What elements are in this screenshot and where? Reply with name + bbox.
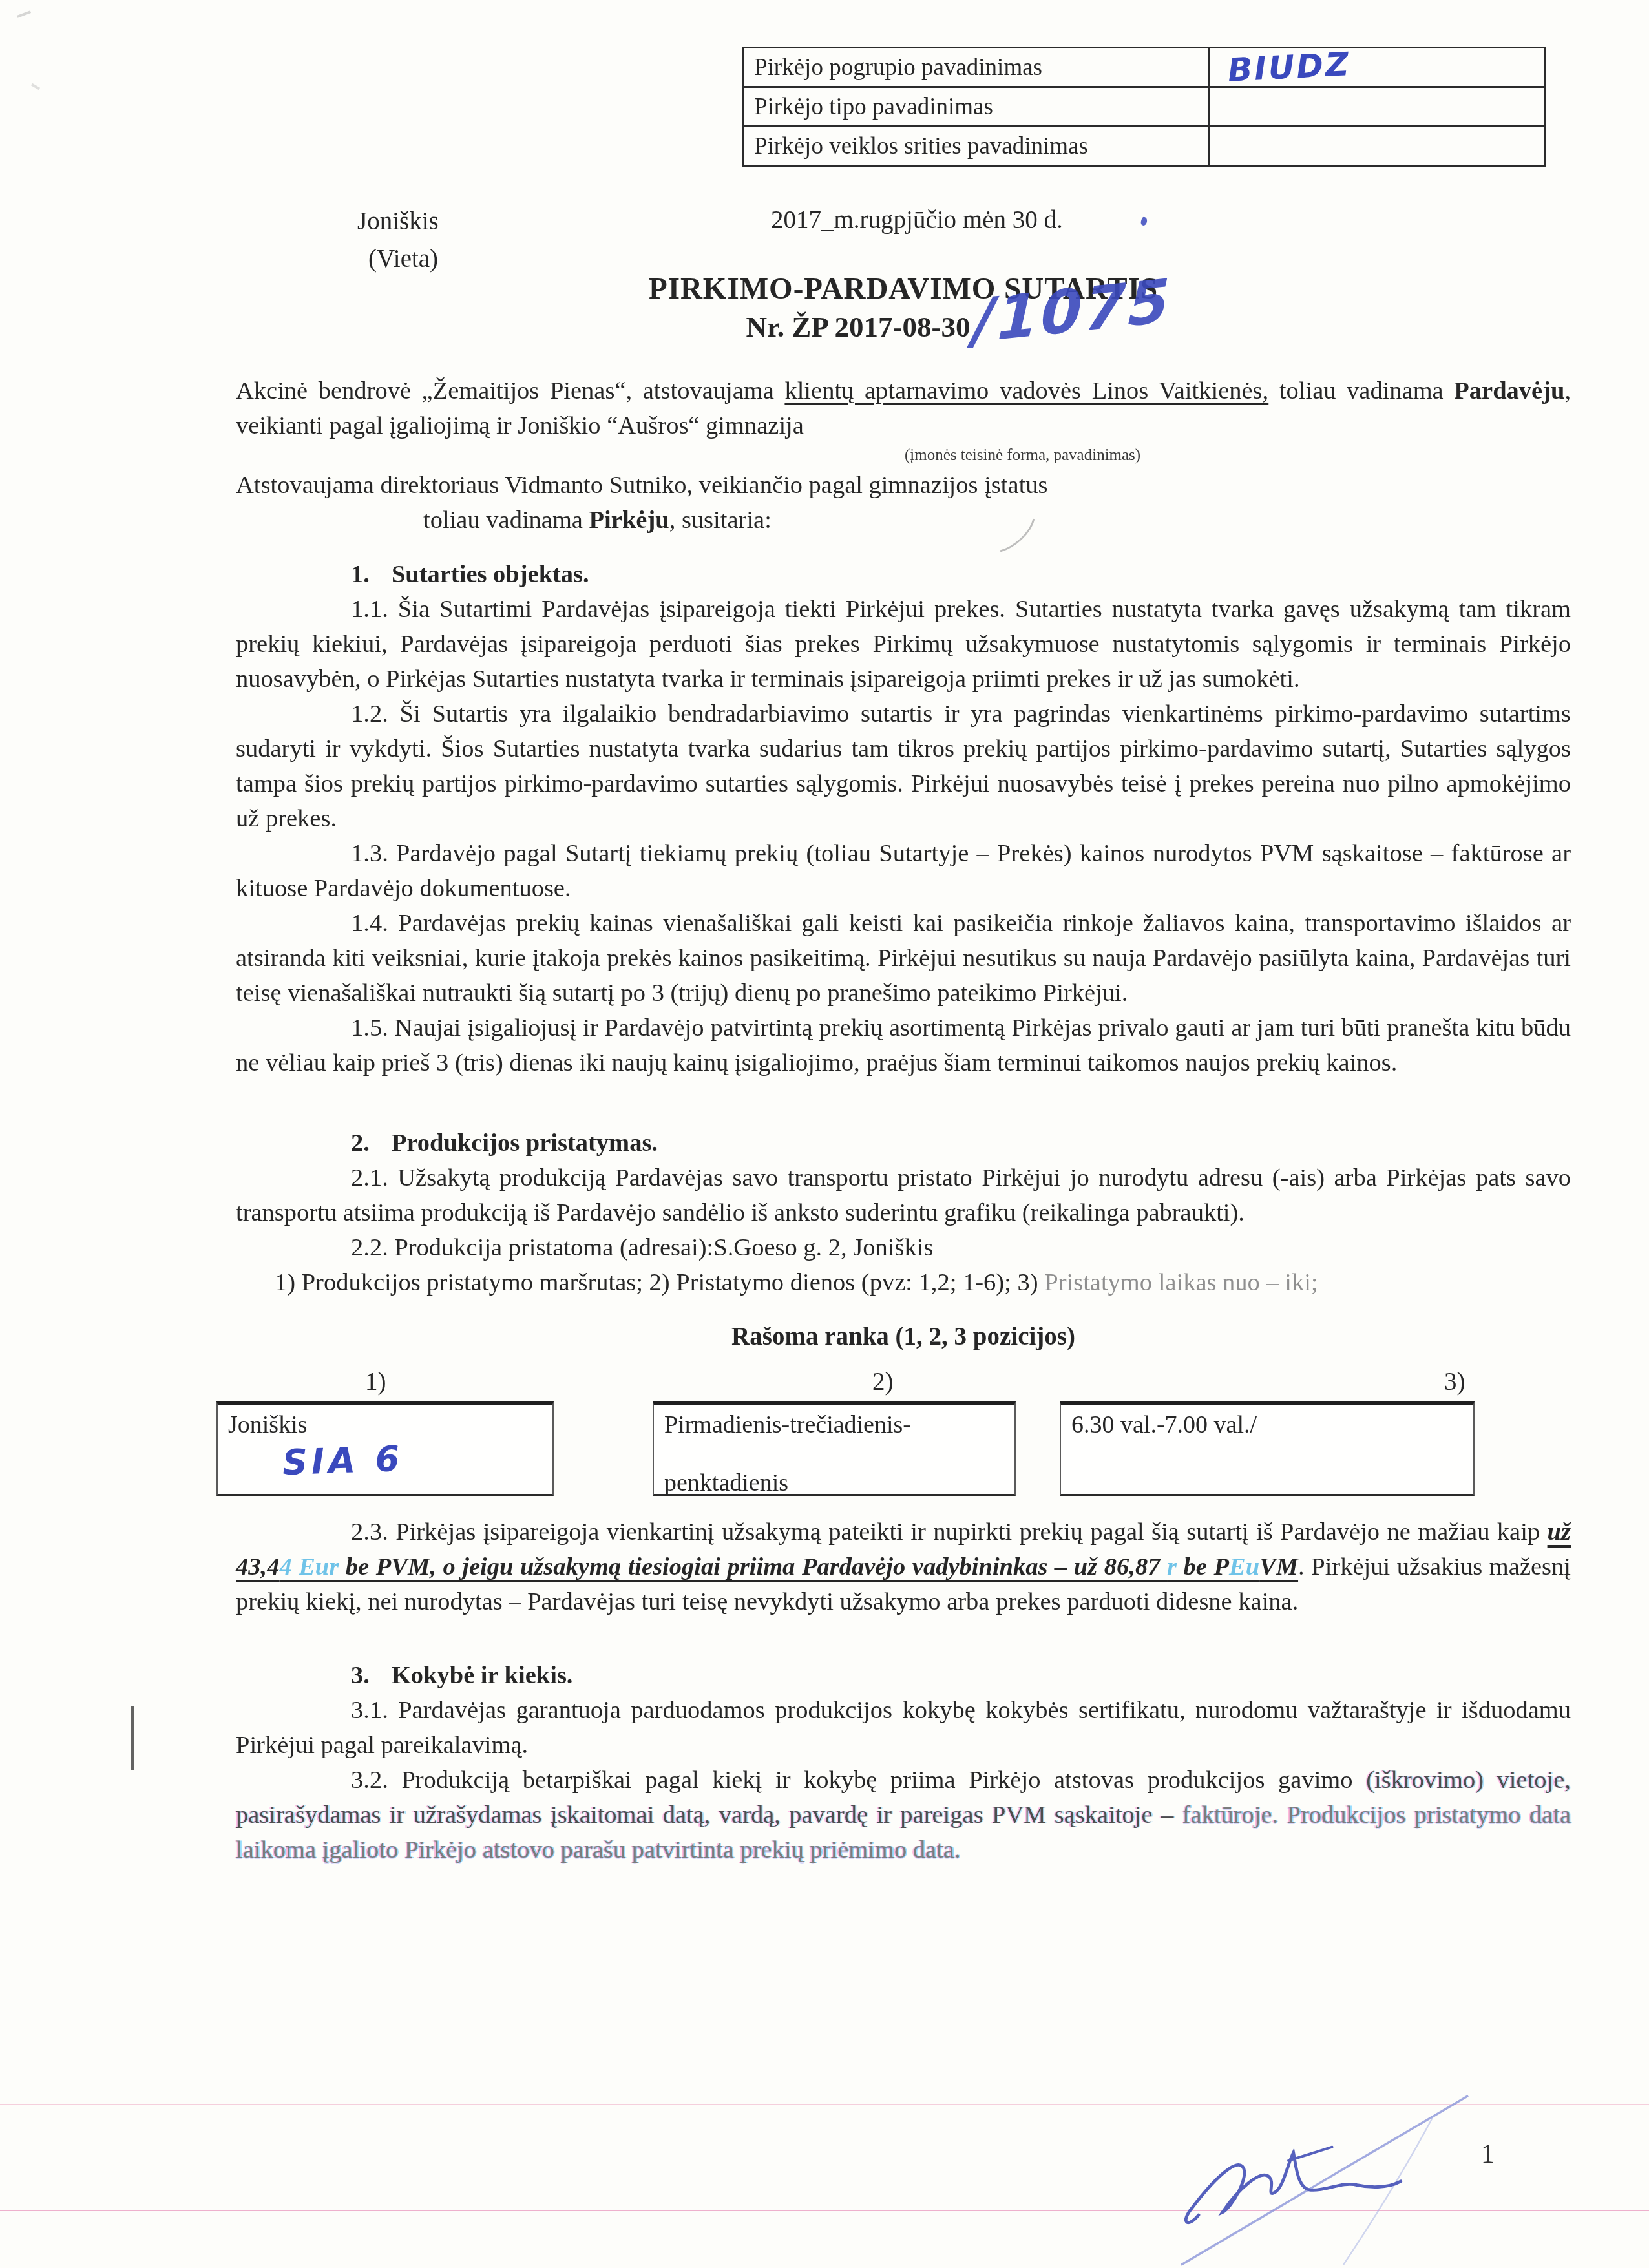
contract-date: 2017_m.rugpjūčio mėn 30 d. [771,205,1063,235]
buyer-subgroup-value: BIUDZ [1210,48,1544,86]
document-page: Pirkėjo pogrupio pavadinimas BIUDZ Pirkė… [0,0,1649,2268]
section-number: 1. [351,561,370,588]
section-number: 2. [351,1129,370,1157]
days-value-line1: Pirmadienis-trečiadienis- [664,1409,1004,1441]
clause-2-1: 2.1. Užsakytą produkciją Pardavėjas savo… [236,1160,1571,1230]
buyer-type-label: Pirkėjo tipo pavadinimas [744,88,1210,125]
contract-title: PIRKIMO-PARDAVIMO SUTARTIS [236,271,1571,306]
intro-paragraph: Akcinė bendrovė „Žemaitijos Pienas“, ats… [236,373,1571,443]
amount-value-overprint: 4 Eur [279,1553,339,1580]
section-title: Kokybė ir kiekis. [392,1662,573,1689]
buyer-line-text: , susitaria: [669,507,772,534]
delivery-box-time: 6.30 val.-7.00 val./ [1060,1401,1475,1496]
clause-1-5: 1.5. Naujai įsigaliojusį ir Pardavėjo pa… [236,1011,1571,1080]
buyer-info-table: Pirkėjo pogrupio pavadinimas BIUDZ Pirkė… [742,47,1546,167]
column-label-2: 2) [872,1365,894,1400]
column-label-3: 3) [1444,1365,1465,1400]
clause-3-1: 3.1. Pardavėjas garantuoja parduodamos p… [236,1693,1571,1763]
clause-3-2: 3.2. Produkciją betarpiškai pagal kiekį … [236,1763,1571,1867]
legal-form-note: (įmonės teisinė forma, pavadinimas) [236,443,1571,468]
clause-1-3: 1.3. Pardavėjo pagal Sutartį tiekiamų pr… [236,836,1571,906]
table-row: Pirkėjo veiklos srities pavadinimas [744,127,1544,165]
place-name: Joniškis [357,207,439,236]
clause-1-4: 1.4. Pardavėjas prekių kainas vienašališ… [236,906,1571,1011]
clause-1-2: 1.2. Ši Sutartis yra ilgalaikio bendrada… [236,697,1571,836]
margin-pen-mark [131,1706,134,1770]
clause-2-2: 2.2. Produkcija pristatoma (adresai):S.G… [236,1230,1571,1265]
section-number: 3. [351,1662,370,1689]
clause-3-2-text: 3.2. Produkciją betarpiškai pagal kiekį … [351,1767,1366,1794]
section-title: Sutarties objektas. [392,561,589,588]
seller-term: Pardavėju [1454,377,1564,404]
buyer-subgroup-label: Pirkėjo pogrupio pavadinimas [744,48,1210,86]
clause-2-3: 2.3. Pirkėjas įsipareigoja vienkartinį u… [236,1515,1571,1619]
column-labels: 1) 2) 3) [236,1365,1571,1401]
page-number: 1 [1481,2139,1495,2170]
intro-text: Akcinė bendrovė „Žemaitijos Pienas“, ats… [236,377,784,404]
route-value: Joniškis [228,1411,307,1438]
buyer-line-text: toliau vadinama [423,507,589,534]
delivery-box-route: Joniškis SIA 6 [216,1401,554,1496]
section-title: Produkcijos pristatymas. [392,1129,658,1157]
delivery-options-faded: Pristatymo laikas nuo – iki; [1044,1269,1318,1296]
buyer-activity-value [1210,127,1544,165]
amount-clause-text: be P [1177,1553,1229,1580]
delivery-options-text: 1) Produkcijos pristatymo maršrutas; 2) … [275,1269,1044,1296]
handwritten-route-value: SIA 6 [282,1443,404,1480]
amount-clause-text: be PVM, o jeigu užsakymą tiesiogiai prii… [339,1553,1167,1580]
buyer-activity-label: Pirkėjo veiklos srities pavadinimas [744,127,1210,165]
section-1-heading: 1.Sutarties objektas. [236,557,1571,592]
buyer-type-value [1210,88,1544,125]
amount-clause-text: VM [1259,1553,1298,1580]
delivery-box-days: Pirmadienis-trečiadienis- penktadienis [653,1401,1016,1496]
clause-1-1: 1.1. Šia Sutartimi Pardavėjas įsipareigo… [236,592,1571,697]
contract-number: Nr. ŽP 2017-08-30 [191,310,1526,344]
place-note: (Vieta) [368,244,438,273]
scan-artifact [17,10,31,17]
amount-overprint: r [1167,1553,1177,1580]
buyer-term: Pirkėju [589,507,669,534]
delivery-options-line: 1) Produkcijos pristatymo maršrutas; 2) … [236,1265,1571,1300]
delivery-boxes: Joniškis SIA 6 Pirmadienis-trečiadienis-… [216,1401,1571,1509]
column-label-1: 1) [365,1365,386,1400]
signature-ink [1137,2087,1512,2268]
section-3-heading: 3.Kokybė ir kiekis. [236,1658,1571,1693]
buyer-line: toliau vadinama Pirkėju, susitaria: [236,503,1571,538]
section-2-heading: 2.Produkcijos pristatymas. [236,1126,1571,1160]
scan-artifact [31,83,40,90]
days-value-line2: penktadienis [664,1467,1004,1499]
ink-dot [1140,216,1148,226]
director-line: Atstovaujama direktoriaus Vidmanto Sutni… [236,468,1571,503]
representative-underlined: klientų aptarnavimo vadovės Linos Vaitki… [784,377,1268,404]
table-row: Pirkėjo pogrupio pavadinimas BIUDZ [744,48,1544,88]
amount-overprint: Eu [1229,1553,1259,1580]
title-block: PIRKIMO-PARDAVIMO SUTARTIS Nr. ŽP 2017-0… [236,271,1571,344]
handwritten-positions-header: Rašoma ranka (1, 2, 3 pozicijos) [236,1319,1571,1354]
contract-body: Akcinė bendrovė „Žemaitijos Pienas“, ats… [236,373,1571,1867]
handwritten-subgroup-value: BIUDZ [1227,45,1352,89]
table-row: Pirkėjo tipo pavadinimas [744,88,1544,127]
clause-2-3-text: 2.3. Pirkėjas įsipareigoja vienkartinį u… [351,1518,1548,1546]
intro-text: toliau vadinama [1268,377,1454,404]
time-value: 6.30 val.-7.00 val./ [1071,1411,1257,1438]
